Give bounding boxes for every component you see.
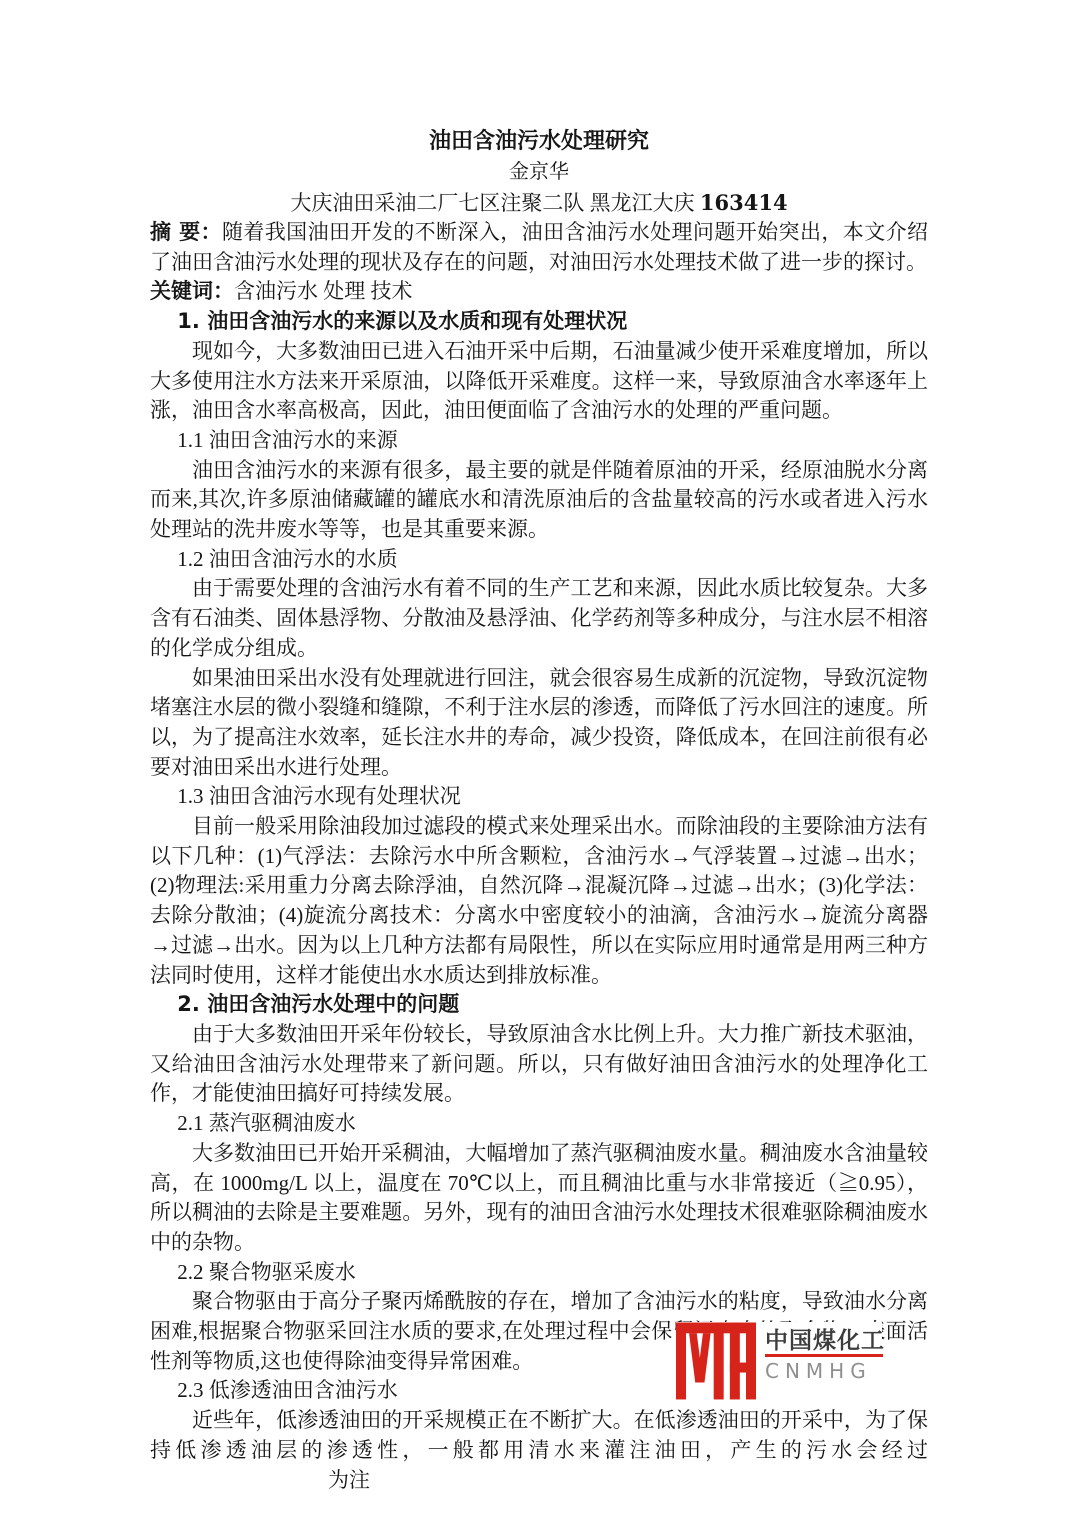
paper-title: 油田含油污水处理研究: [150, 126, 928, 157]
abstract-text: 随着我国油田开发的不断深入，油田含油污水处理问题开始突出，本文介绍了油田含油污水…: [150, 220, 928, 274]
paragraph: 现如今，大多数油田已进入石油开采中后期，石油量减少使开采难度增加，所以大多使用注…: [150, 337, 928, 426]
logo-english-name: CNMHG: [765, 1359, 885, 1383]
paper-affiliation: 大庆油田采油二厂七区注聚二队 黑龙江大庆 163414: [150, 188, 928, 218]
paragraph: 由于需要处理的含油污水有着不同的生产工艺和来源，因此水质比较复杂。大多含有石油类…: [150, 574, 928, 663]
keywords-line: 关键词：含油污水 处理 技术: [150, 277, 928, 307]
section-heading: 2.2 聚合物驱采废水: [150, 1258, 928, 1288]
mh-monogram-icon: [676, 1322, 756, 1400]
section-heading: 1. 油田含油污水的来源以及水质和现有处理状况: [150, 307, 928, 337]
document-page: 油田含油污水处理研究 金京华 大庆油田采油二厂七区注聚二队 黑龙江大庆 1634…: [150, 126, 928, 1495]
cnmhg-logo-watermark: 中国煤化工 CNMHG: [676, 1322, 882, 1406]
paragraph: 由于大多数油田开采年份较长，导致原油含水比例上升。大力推广新技术驱油，又给油田含…: [150, 1020, 928, 1109]
keywords-text: 含油污水 处理 技术: [234, 279, 413, 303]
paragraph: 大多数油田已开始开采稠油，大幅增加了蒸汽驱稠油废水量。稠油废水含油量较高，在 1…: [150, 1139, 928, 1258]
abstract-label: 摘 要：: [150, 220, 222, 244]
abstract-line: 摘 要：随着我国油田开发的不断深入，油田含油污水处理问题开始突出，本文介绍了油田…: [150, 218, 928, 277]
text-fragment-after-logo: 为注: [328, 1468, 370, 1492]
paragraph: 近些年，低渗透油田的开采规模正在不断扩大。在低渗透油田的开采中，为了保持低渗透油…: [150, 1406, 928, 1495]
postal-code: 163414: [700, 190, 788, 215]
logo-covered-gap: [150, 1486, 328, 1487]
document-body: 1. 油田含油污水的来源以及水质和现有处理状况现如今，大多数油田已进入石油开采中…: [150, 307, 928, 1495]
section-heading: 1.3 油田含油污水现有处理状况: [150, 782, 928, 812]
keywords-label: 关键词：: [150, 279, 234, 303]
logo-chinese-name: 中国煤化工: [765, 1329, 885, 1353]
affiliation-text: 大庆油田采油二厂七区注聚二队 黑龙江大庆: [290, 191, 694, 215]
paragraph: 油田含油污水的来源有很多，最主要的就是伴随着原油的开采，经原油脱水分离而来,其次…: [150, 456, 928, 545]
paragraph: 目前一般采用除油段加过滤段的模式来处理采出水。而除油段的主要除油方法有以下几种：…: [150, 812, 928, 990]
paper-author: 金京华: [150, 157, 928, 188]
section-heading: 2. 油田含油污水处理中的问题: [150, 990, 928, 1020]
section-heading: 1.2 油田含油污水的水质: [150, 545, 928, 575]
logo-underline: [765, 1354, 883, 1357]
paragraph: 如果油田采出水没有处理就进行回注，就会很容易生成新的沉淀物，导致沉淀物堵塞注水层…: [150, 664, 928, 783]
section-heading: 2.1 蒸汽驱稠油废水: [150, 1109, 928, 1139]
logo-text-block: 中国煤化工 CNMHG: [765, 1322, 885, 1383]
section-heading: 1.1 油田含油污水的来源: [150, 426, 928, 456]
